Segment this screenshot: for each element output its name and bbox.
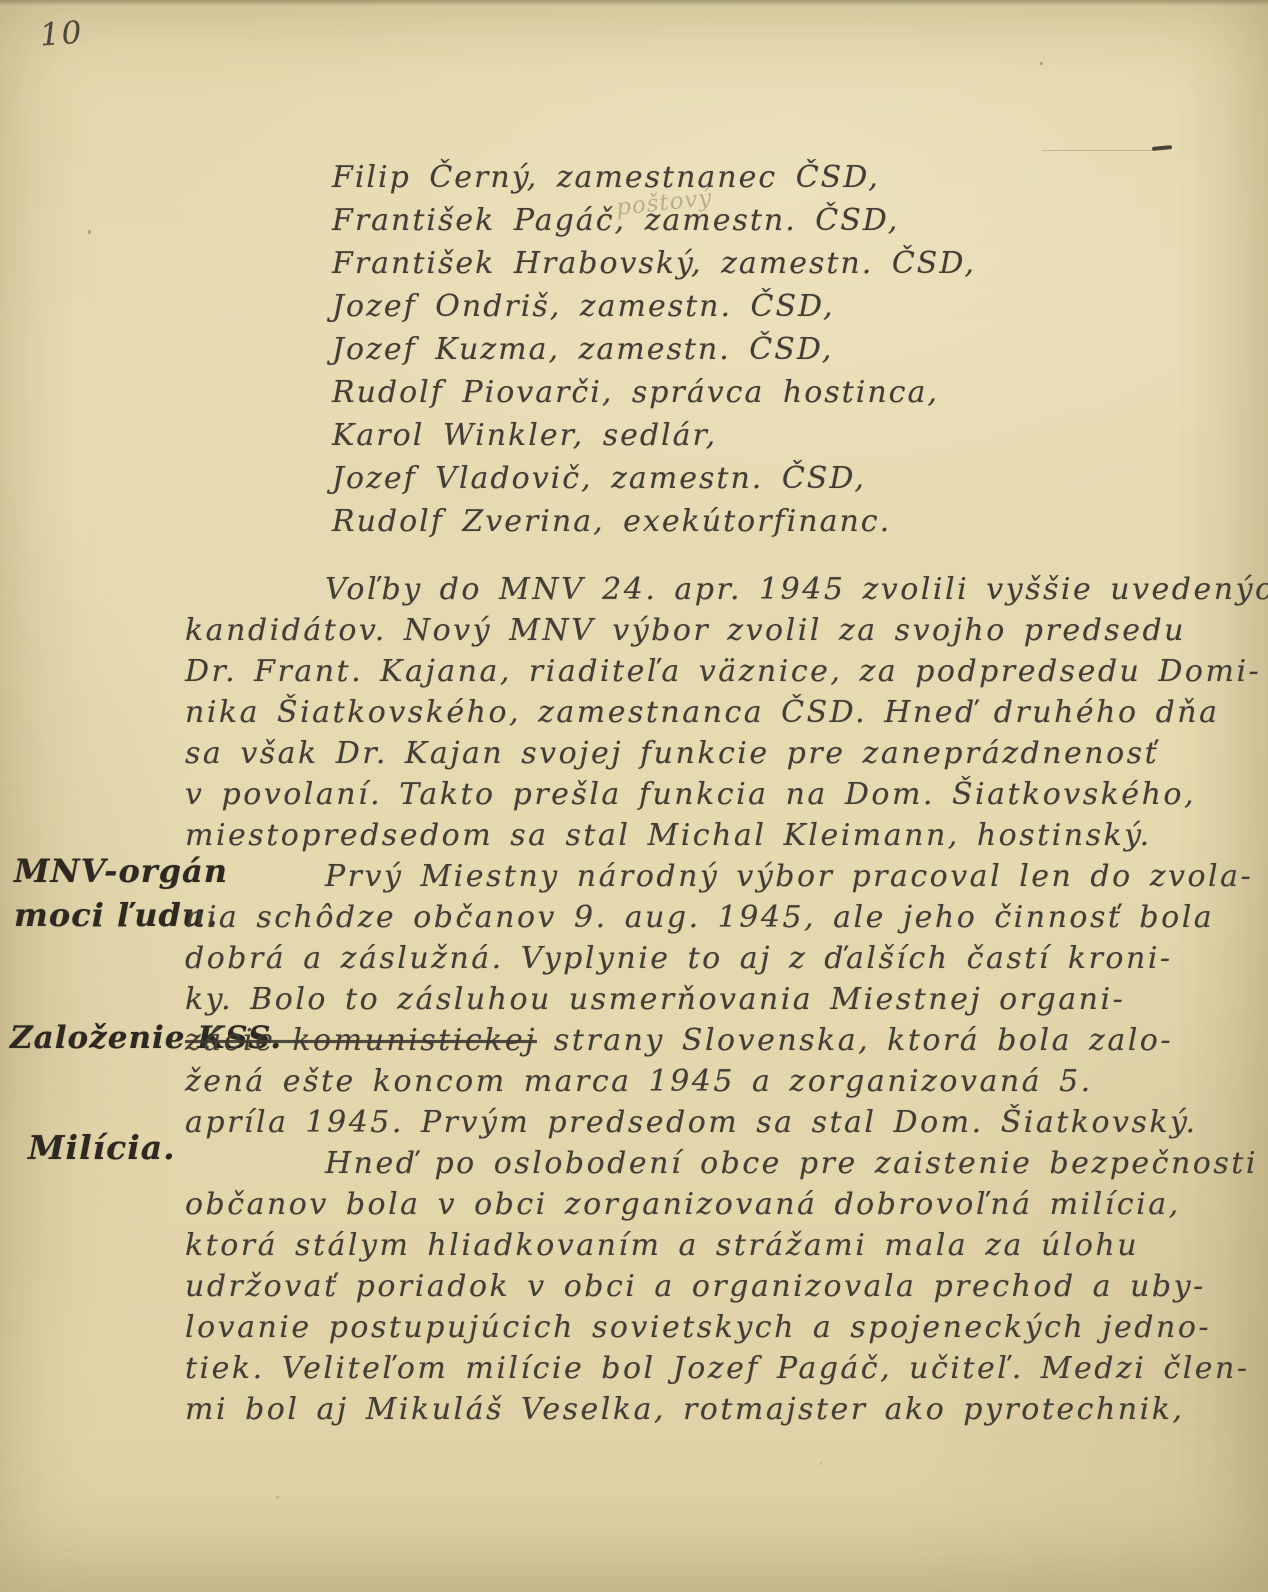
paper-speck (88, 230, 91, 234)
paper-speck (820, 1462, 822, 1465)
page-top-edge-shadow (0, 0, 1268, 6)
body-line: tiek. Veliteľom milície bol Jozef Pagáč,… (185, 1351, 1215, 1392)
body-line: nika Šiatkovského, zamestnanca ČSD. Hneď… (185, 695, 1215, 736)
body-line: sa však Dr. Kajan svojej funkcie pre zan… (185, 736, 1215, 777)
body-line: občanov bola v obci zorganizovaná dobrov… (185, 1187, 1215, 1228)
margin-note-milicia: Milícia. (28, 1128, 176, 1167)
faint-scratch-line (1042, 150, 1154, 151)
name-list-line: Jozef Ondriš, zamestn. ČSD, (332, 289, 976, 332)
body-line: nia schôdze občanov 9. aug. 1945, ale je… (185, 900, 1215, 941)
name-list-line: František Hrabovský, zamestn. ČSD, (332, 246, 976, 289)
body-line-rest: strany Slovenska, ktorá bola zalo- (537, 1023, 1173, 1058)
name-list-line: Jozef Kuzma, zamestn. ČSD, (332, 332, 976, 375)
struck-text: zácie komunistickej (185, 1023, 537, 1058)
paper-speck (1016, 1282, 1019, 1285)
name-list-line: Karol Winkler, sedlár, (332, 418, 976, 461)
paper-speck (276, 1496, 279, 1499)
body-line: lovanie postupujúcich sovietskych a spoj… (185, 1310, 1215, 1351)
body-line: v povolaní. Takto prešla funkcia na Dom.… (185, 777, 1215, 818)
candidate-name-list: Filip Černý, zamestnanec ČSD, František … (332, 160, 976, 547)
name-list-line: Jozef Vladovič, zamestn. ČSD, (332, 461, 976, 504)
body-line: Hneď po oslobodení obce pre zaistenie be… (185, 1146, 1215, 1187)
body-line: mi bol aj Mikuláš Veselka, rotmajster ak… (185, 1392, 1215, 1433)
name-list-line: Rudolf Piovarči, správca hostinca, (332, 375, 976, 418)
chronicle-page: 10 Filip Černý, zamestnanec ČSD, Františ… (0, 0, 1268, 1592)
body-line: miestopredsedom sa stal Michal Kleimann,… (185, 818, 1215, 859)
name-list-line: Rudolf Zverina, exekútorfinanc. (332, 504, 976, 547)
body-text: Voľby do MNV 24. apr. 1945 zvolili vyšši… (185, 572, 1215, 1433)
ink-dash-mark (1152, 145, 1172, 151)
body-line: Voľby do MNV 24. apr. 1945 zvolili vyšši… (185, 572, 1215, 613)
paper-speck (1040, 62, 1043, 65)
body-line: kandidátov. Nový MNV výbor zvolil za svo… (185, 613, 1215, 654)
body-line: ktorá stálym hliadkovaním a strážami mal… (185, 1228, 1215, 1269)
page-number: 10 (39, 15, 85, 54)
body-line: udržovať poriadok v obci a organizovala … (185, 1269, 1215, 1310)
body-line: dobrá a záslužná. Vyplynie to aj z ďalší… (185, 941, 1215, 982)
body-line: Prvý Miestny národný výbor pracoval len … (185, 859, 1215, 900)
body-line: Dr. Frant. Kajana, riaditeľa väznice, za… (185, 654, 1215, 695)
body-line: žená ešte koncom marca 1945 a zorganizov… (185, 1064, 1215, 1105)
body-line-with-strikethrough: zácie komunistickej strany Slovenska, kt… (185, 1023, 1215, 1064)
body-line: apríla 1945. Prvým predsedom sa stal Dom… (185, 1105, 1215, 1146)
body-line: ky. Bolo to zásluhou usmerňovania Miestn… (185, 982, 1215, 1023)
